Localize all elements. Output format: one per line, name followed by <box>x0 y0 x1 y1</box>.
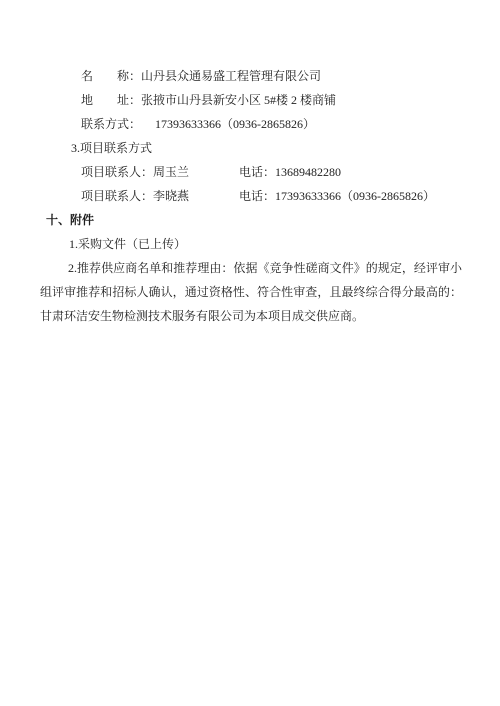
agency-address-value: 张掖市山丹县新安小区 5#楼 2 楼商铺 <box>141 93 336 107</box>
attachments-heading: 十、附件 <box>40 208 462 232</box>
attachment-item-1: 1.采购文件（已上传） <box>40 232 462 256</box>
document-content: 名 称：山丹县众通易盛工程管理有限公司 地 址：张掖市山丹县新安小区 5#楼 2… <box>40 64 462 328</box>
agency-name-line: 名 称：山丹县众通易盛工程管理有限公司 <box>40 64 462 88</box>
contact-phone-1: 电话：13689482280 <box>239 160 341 184</box>
contact-phone-1-value: 13689482280 <box>275 165 341 179</box>
contact-person-2-name: 李晓燕 <box>153 189 189 203</box>
attachment-item-2-paragraph: 2.推荐供应商名单和推荐理由：依据《竞争性磋商文件》的规定，经评审小 组评审推荐… <box>40 256 462 328</box>
agency-name-value: 山丹县众通易盛工程管理有限公司 <box>141 69 321 83</box>
contact-person-1-label: 项目联系人： <box>81 165 153 179</box>
contact-person-2-label: 项目联系人： <box>81 189 153 203</box>
agency-address-label: 地 址： <box>81 93 141 107</box>
agency-contact-value: 17393633366（0936-2865826） <box>155 117 315 131</box>
agency-contact-label: 联系方式： <box>81 117 141 131</box>
recommendation-line-1: 2.推荐供应商名单和推荐理由：依据《竞争性磋商文件》的规定，经评审小 <box>40 256 462 280</box>
recommendation-line-3: 甘肃环洁安生物检测技术服务有限公司为本项目成交供应商。 <box>40 304 462 328</box>
contact-phone-2-value: 17393633366（0936-2865826） <box>275 189 435 203</box>
contact-person-1: 项目联系人：周玉兰 <box>81 160 239 184</box>
document-page: 名 称：山丹县众通易盛工程管理有限公司 地 址：张掖市山丹县新安小区 5#楼 2… <box>0 0 500 706</box>
contact-row-1: 项目联系人：周玉兰 电话：13689482280 <box>40 160 462 184</box>
contact-phone-2-label: 电话： <box>239 189 275 203</box>
contact-phone-2: 电话：17393633366（0936-2865826） <box>239 184 435 208</box>
agency-contact-line: 联系方式：17393633366（0936-2865826） <box>40 112 462 136</box>
recommendation-line-2: 组评审推荐和招标人确认，通过资格性、符合性审查，且最终综合得分最高的： <box>40 280 462 304</box>
agency-name-label: 名 称： <box>81 69 141 83</box>
contact-row-2: 项目联系人：李晓燕 电话：17393633366（0936-2865826） <box>40 184 462 208</box>
agency-address-line: 地 址：张掖市山丹县新安小区 5#楼 2 楼商铺 <box>40 88 462 112</box>
contact-person-2: 项目联系人：李晓燕 <box>81 184 239 208</box>
contact-phone-1-label: 电话： <box>239 165 275 179</box>
contact-person-1-name: 周玉兰 <box>153 165 189 179</box>
project-contact-heading: 3.项目联系方式 <box>40 136 462 160</box>
